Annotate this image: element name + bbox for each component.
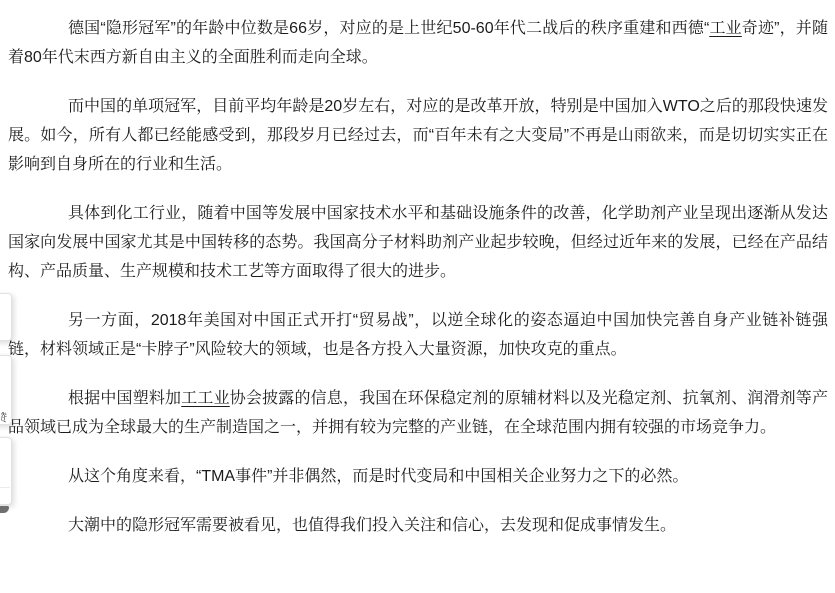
paragraph: 根据中国塑料加工工业协会披露的信息，我国在环保稳定剂的原辅材料以及光稳定剂、抗氧…	[8, 384, 828, 442]
paragraph-text: 另一方面，2018年美国对中国正式开打“贸易战”，以逆全球化的姿态逼迫中国加快完…	[8, 312, 828, 358]
paragraph-text: 而中国的单项冠军，目前平均年龄是20岁左右，对应的是改革开放，特别是中国加入WT…	[8, 98, 828, 173]
article-body: 德国“隐形冠军”的年龄中位数是66岁，对应的是上世纪50-60年代二战后的秩序重…	[8, 14, 828, 560]
paragraph-text: 大潮中的隐形冠军需要被看见，也值得我们投入关注和信心，去发现和促成事情发生。	[68, 517, 676, 534]
paragraph-text: 具体到化工行业，随着中国等发展中国家技术水平和基础设施条件的改善，化学助剂产业呈…	[8, 205, 828, 280]
article-page: 赞 德国“隐形冠军”的年龄中位数是66岁，对应的是上世纪50-60年代二战后的秩…	[0, 0, 835, 593]
keyword-link[interactable]: 工业	[709, 20, 742, 37]
paragraph-text: 根据中国塑料加	[68, 390, 181, 407]
paragraph: 而中国的单项冠军，目前平均年龄是20岁左右，对应的是改革开放，特别是中国加入WT…	[8, 92, 828, 179]
paragraph: 大潮中的隐形冠军需要被看见，也值得我们投入关注和信心，去发现和促成事情发生。	[8, 511, 828, 540]
paragraph: 德国“隐形冠军”的年龄中位数是66岁，对应的是上世纪50-60年代二战后的秩序重…	[8, 14, 828, 72]
paragraph-text: 从这个角度来看，“TMA事件”并非偶然，而是时代变局和中国相关企业努力之下的必然…	[68, 468, 688, 485]
paragraph: 具体到化工行业，随着中国等发展中国家技术水平和基础设施条件的改善，化学助剂产业呈…	[8, 199, 828, 286]
paragraph-text: 德国“隐形冠军”的年龄中位数是66岁，对应的是上世纪50-60年代二战后的秩序重…	[68, 20, 709, 37]
paragraph: 另一方面，2018年美国对中国正式开打“贸易战”，以逆全球化的姿态逼迫中国加快完…	[8, 306, 828, 364]
paragraph: 从这个角度来看，“TMA事件”并非偶然，而是时代变局和中国相关企业努力之下的必然…	[8, 462, 828, 491]
keyword-link[interactable]: 工工业	[181, 390, 230, 407]
